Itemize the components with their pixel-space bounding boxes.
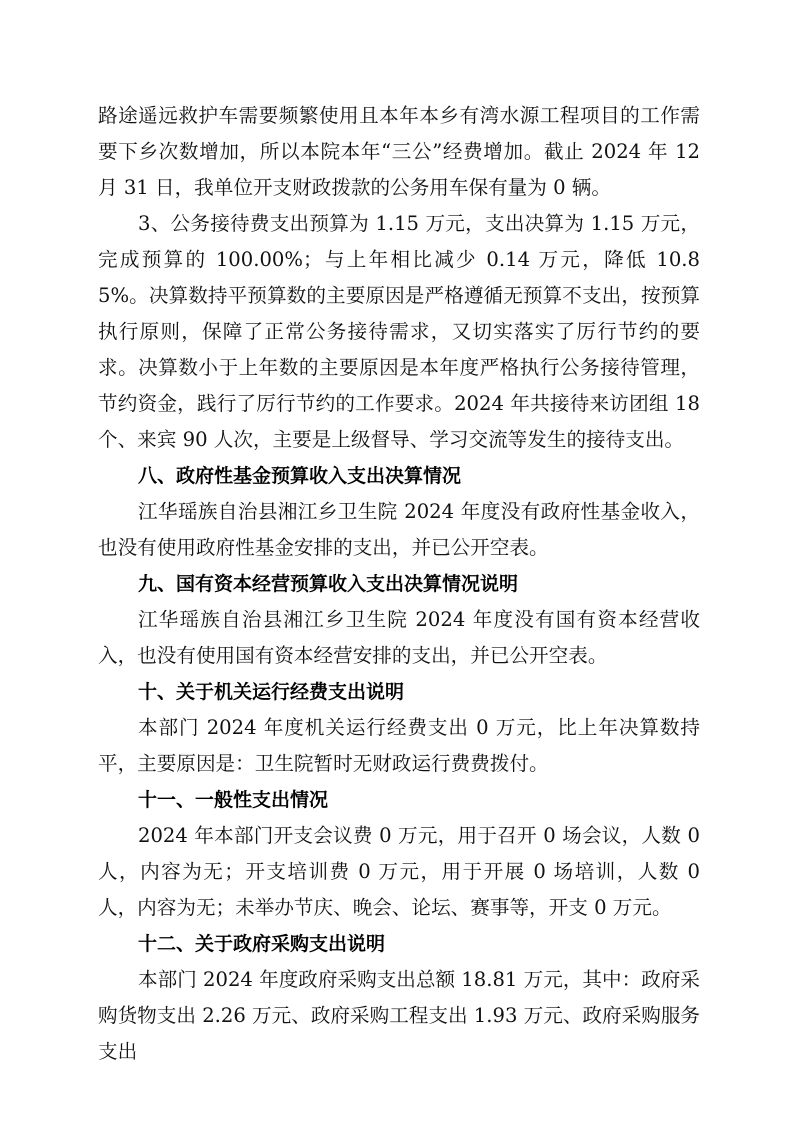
document-page: 路途遥远救护车需要频繁使用且本年本乡有湾水源工程项目的工作需要下乡次数增加，所以… — [98, 98, 700, 1070]
paragraph-state-capital: 江华瑶族自治县湘江乡卫生院 2024 年度没有国有资本经营收入，也没有使用国有资… — [98, 602, 700, 674]
heading-general-expense: 十一、一般性支出情况 — [98, 782, 700, 818]
heading-government-fund: 八、政府性基金预算收入支出决算情况 — [98, 458, 700, 494]
heading-operating-expense: 十、关于机关运行经费支出说明 — [98, 674, 700, 710]
paragraph-procurement: 本部门 2024 年度政府采购支出总额 18.81 万元，其中：政府采购货物支出… — [98, 962, 700, 1070]
heading-state-capital: 九、国有资本经营预算收入支出决算情况说明 — [98, 566, 700, 602]
paragraph-operating-expense: 本部门 2024 年度机关运行经费支出 0 万元，比上年决算数持平，主要原因是：… — [98, 710, 700, 782]
heading-procurement: 十二、关于政府采购支出说明 — [98, 926, 700, 962]
paragraph-government-fund: 江华瑶族自治县湘江乡卫生院 2024 年度没有政府性基金收入，也没有使用政府性基… — [98, 494, 700, 566]
paragraph-general-expense: 2024 年本部门开支会议费 0 万元，用于召开 0 场会议，人数 0 人，内容… — [98, 818, 700, 926]
paragraph-vehicle-summary: 路途遥远救护车需要频繁使用且本年本乡有湾水源工程项目的工作需要下乡次数增加，所以… — [98, 98, 700, 206]
paragraph-reception-expense: 3、公务接待费支出预算为 1.15 万元，支出决算为 1.15 万元，完成预算的… — [98, 206, 700, 458]
